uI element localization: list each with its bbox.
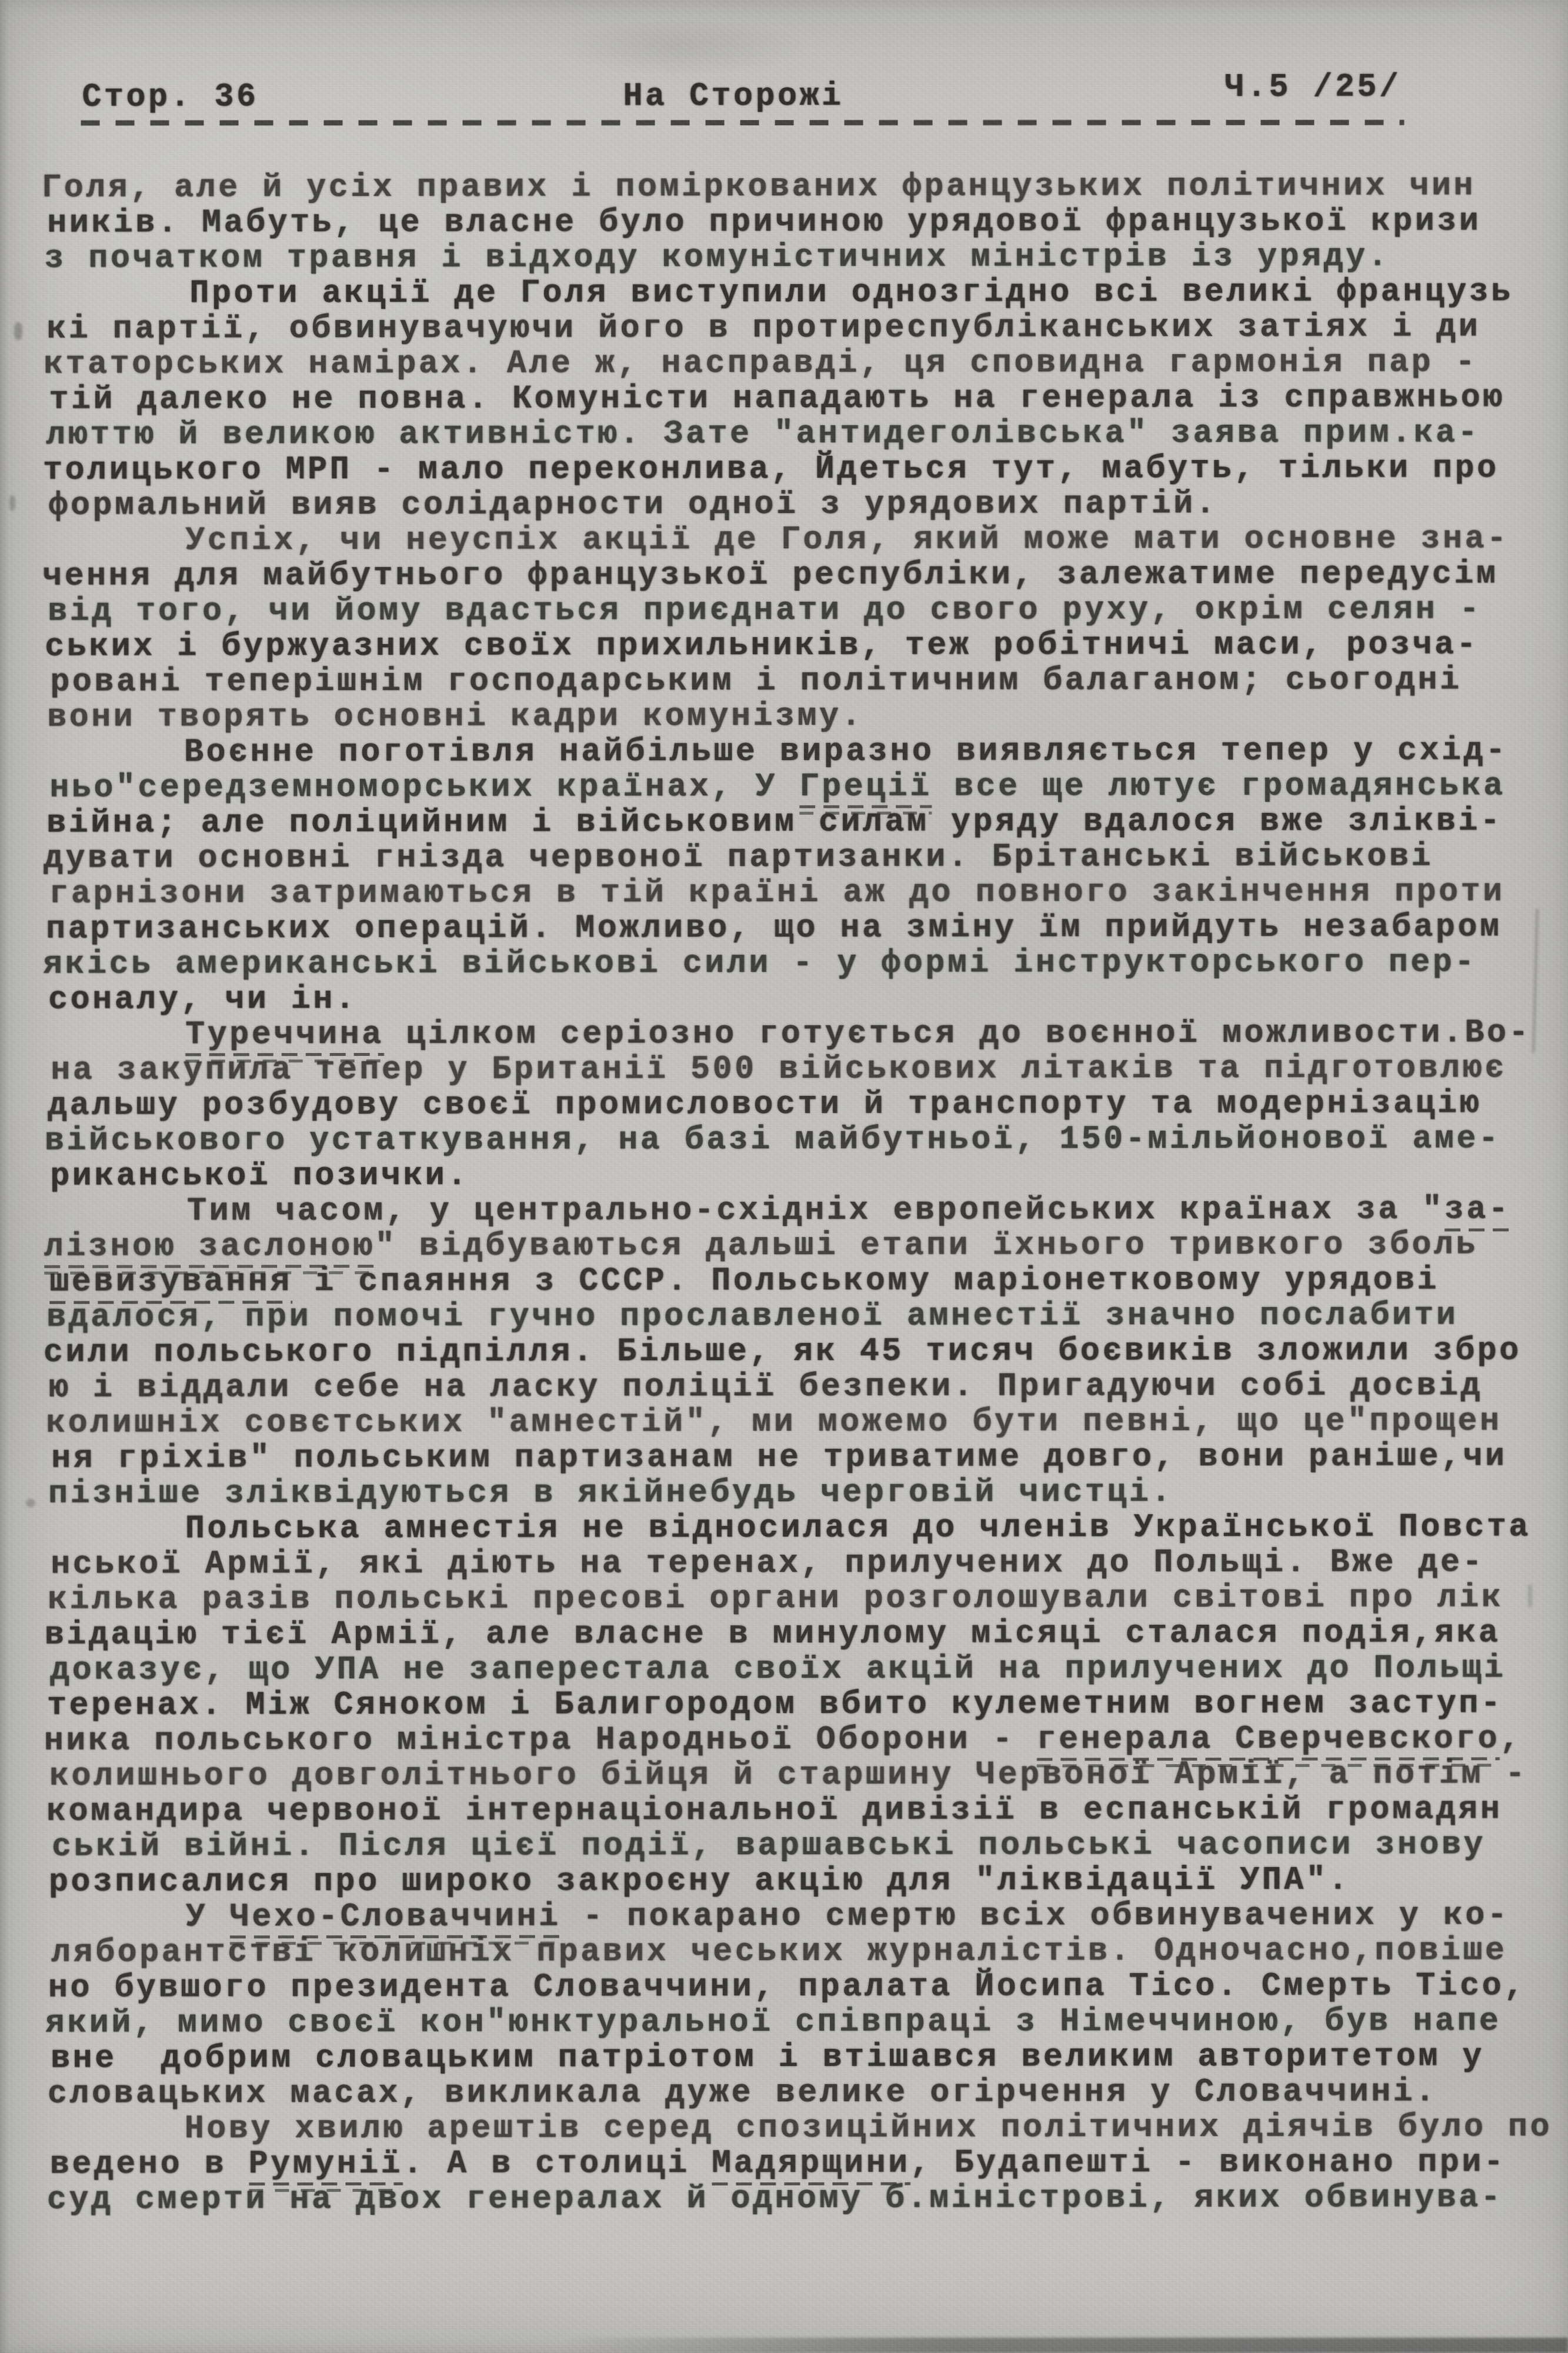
text-line: ктаторських намірах. Але ж, насправді, ц…	[44, 345, 1532, 382]
text-line: вдалося, при помочі гучно прославленої а…	[46, 1298, 1534, 1335]
text-line: доказує, що УПА не заперестала своїх акц…	[50, 1651, 1538, 1688]
text-line: на закупила тепер у Британії 500 військо…	[51, 1051, 1539, 1088]
text-line: вони творять основні кадри комунізму.	[47, 698, 1535, 735]
text-line: Успіх, чи неуспіх акції де Голя, який мо…	[45, 521, 1533, 559]
issue-number: Ч.5 /25/	[1225, 69, 1401, 106]
text-line: командира червоної інтернаціональної див…	[46, 1792, 1534, 1829]
text-line: ньо"середземноморських країнах, У Греції…	[49, 768, 1537, 806]
text-line: люттю й великою активністю. Зате "антиде…	[46, 415, 1534, 453]
text-line: Проти акції де Голя виступили однозгідно…	[49, 274, 1537, 312]
text-line: з початком травня і відходу комуністични…	[44, 239, 1532, 276]
text-line: який, мимо своєї кон"юнктуральної співпр…	[45, 2004, 1533, 2041]
text-line: ровані теперішнім господарським і політи…	[50, 662, 1538, 700]
text-line: сили польського підпілля. Більше, як 45 …	[44, 1333, 1532, 1371]
text-line: Голя, але й усіх правих і поміркованих ф…	[42, 168, 1530, 206]
typewritten-ink-layer: Стор. 36 На Сторожі Ч.5 /25/ Голя, але й…	[0, 0, 1568, 2353]
text-line: ників. Мабуть, це власне було причиною у…	[47, 204, 1535, 241]
text-line: Туреччина цілком серіозно готується до в…	[45, 1015, 1533, 1053]
page-number: Стор. 36	[82, 78, 258, 115]
text-line: ській війні. Після цієї події, варшавськ…	[52, 1827, 1540, 1865]
journal-title: На Сторожі	[623, 78, 843, 115]
text-line: словацьких масах, викликала дуже велике …	[48, 2074, 1536, 2112]
text-line: ляборантстві колишніх правих чеських жур…	[51, 1933, 1539, 1971]
text-line: тій далеко не повна. Комуністи нападають…	[49, 380, 1537, 418]
text-line: Воєнне поготівля найбільше виразно виявл…	[44, 733, 1532, 771]
text-line: У Чехо-Словаччині - покарано смертю всіх…	[46, 1898, 1534, 1935]
text-line: гарнізони затримаються в тій країні аж д…	[49, 874, 1537, 912]
text-line: відацію тієї Армії, але власне в минулом…	[45, 1615, 1533, 1653]
text-line: лізною заслоною" відбуваються дальші ета…	[44, 1227, 1532, 1265]
text-line: Нову хвилю арештів серед спозиційних пол…	[45, 2109, 1533, 2147]
text-line: партизанських операцій. Можливо, що на з…	[46, 909, 1534, 947]
text-line: ю і віддали себе на ласку поліції безпек…	[49, 1368, 1537, 1406]
text-line: ведено в Румунії. А в столиці Мадярщини,…	[50, 2145, 1538, 2182]
text-line: теренах. Між Сяноком і Балигородом вбито…	[47, 1686, 1535, 1724]
text-line: розписалися про широко закроєну акцію дл…	[49, 1862, 1537, 1900]
text-line: пізніше зліквідуються в якійнебудь черго…	[48, 1474, 1536, 1512]
text-line: кілька разів польські пресові органи роз…	[48, 1580, 1536, 1618]
page-header: Стор. 36 На Сторожі Ч.5 /25/	[0, 76, 1567, 126]
text-line: нської Армії, які діють на теренах, прил…	[51, 1545, 1539, 1582]
text-line: кі партії, обвинувачуючи його в протирес…	[46, 309, 1534, 347]
text-line: ня гріхів" польським партизанам не трива…	[51, 1439, 1539, 1477]
text-line: риканської позички.	[50, 1156, 1538, 1194]
text-line: суд смерти на двох генералах й одному б.…	[47, 2180, 1535, 2218]
text-line: формальний вияв солідарности одної з уря…	[48, 486, 1536, 524]
text-line: Польська амнестія не відносилася до член…	[45, 1509, 1533, 1547]
scanned-page: Стор. 36 На Сторожі Ч.5 /25/ Голя, але й…	[0, 0, 1568, 2353]
text-line: но бувшого президента Словаччини, пралат…	[48, 1968, 1536, 2006]
body-text: Голя, але й усіх правих і поміркованих ф…	[46, 168, 1537, 2218]
text-line: колишнього довголітнього бійця й старшин…	[49, 1757, 1537, 1794]
dashed-rule	[81, 120, 1404, 126]
text-line: від того, чи йому вдасться приєднати до …	[48, 592, 1536, 629]
text-line: колишніх совєтських "амнестій", ми можем…	[46, 1404, 1534, 1441]
text-line: соналу, чи ін.	[48, 980, 1536, 1018]
text-line: шевизування і спаяння з СССР. Польському…	[49, 1262, 1537, 1300]
text-line: війна; але поліцийним і військовим силам…	[46, 804, 1534, 841]
text-line: військового устаткування, на базі майбут…	[45, 1121, 1533, 1159]
text-line: ника польського міністра Народньої Оборо…	[44, 1721, 1532, 1759]
text-line: Тим часом, у центрально-східніх европейс…	[47, 1192, 1535, 1229]
text-line: вне добрим словацьким патріотом і втішав…	[51, 2039, 1539, 2077]
text-line: толицького МРП - мало переконлива, Йдеть…	[43, 451, 1531, 488]
text-line: чення для майбутнього французької респуб…	[42, 556, 1530, 594]
text-line: якісь американські військові сили - у фо…	[43, 945, 1531, 982]
text-line: ських і буржуазних своїх прихильників, т…	[45, 627, 1533, 665]
text-line: дувати основні гнізда червоної партизанк…	[44, 839, 1532, 876]
text-line: дальшу розбудову своєї промисловости й т…	[48, 1086, 1536, 1124]
